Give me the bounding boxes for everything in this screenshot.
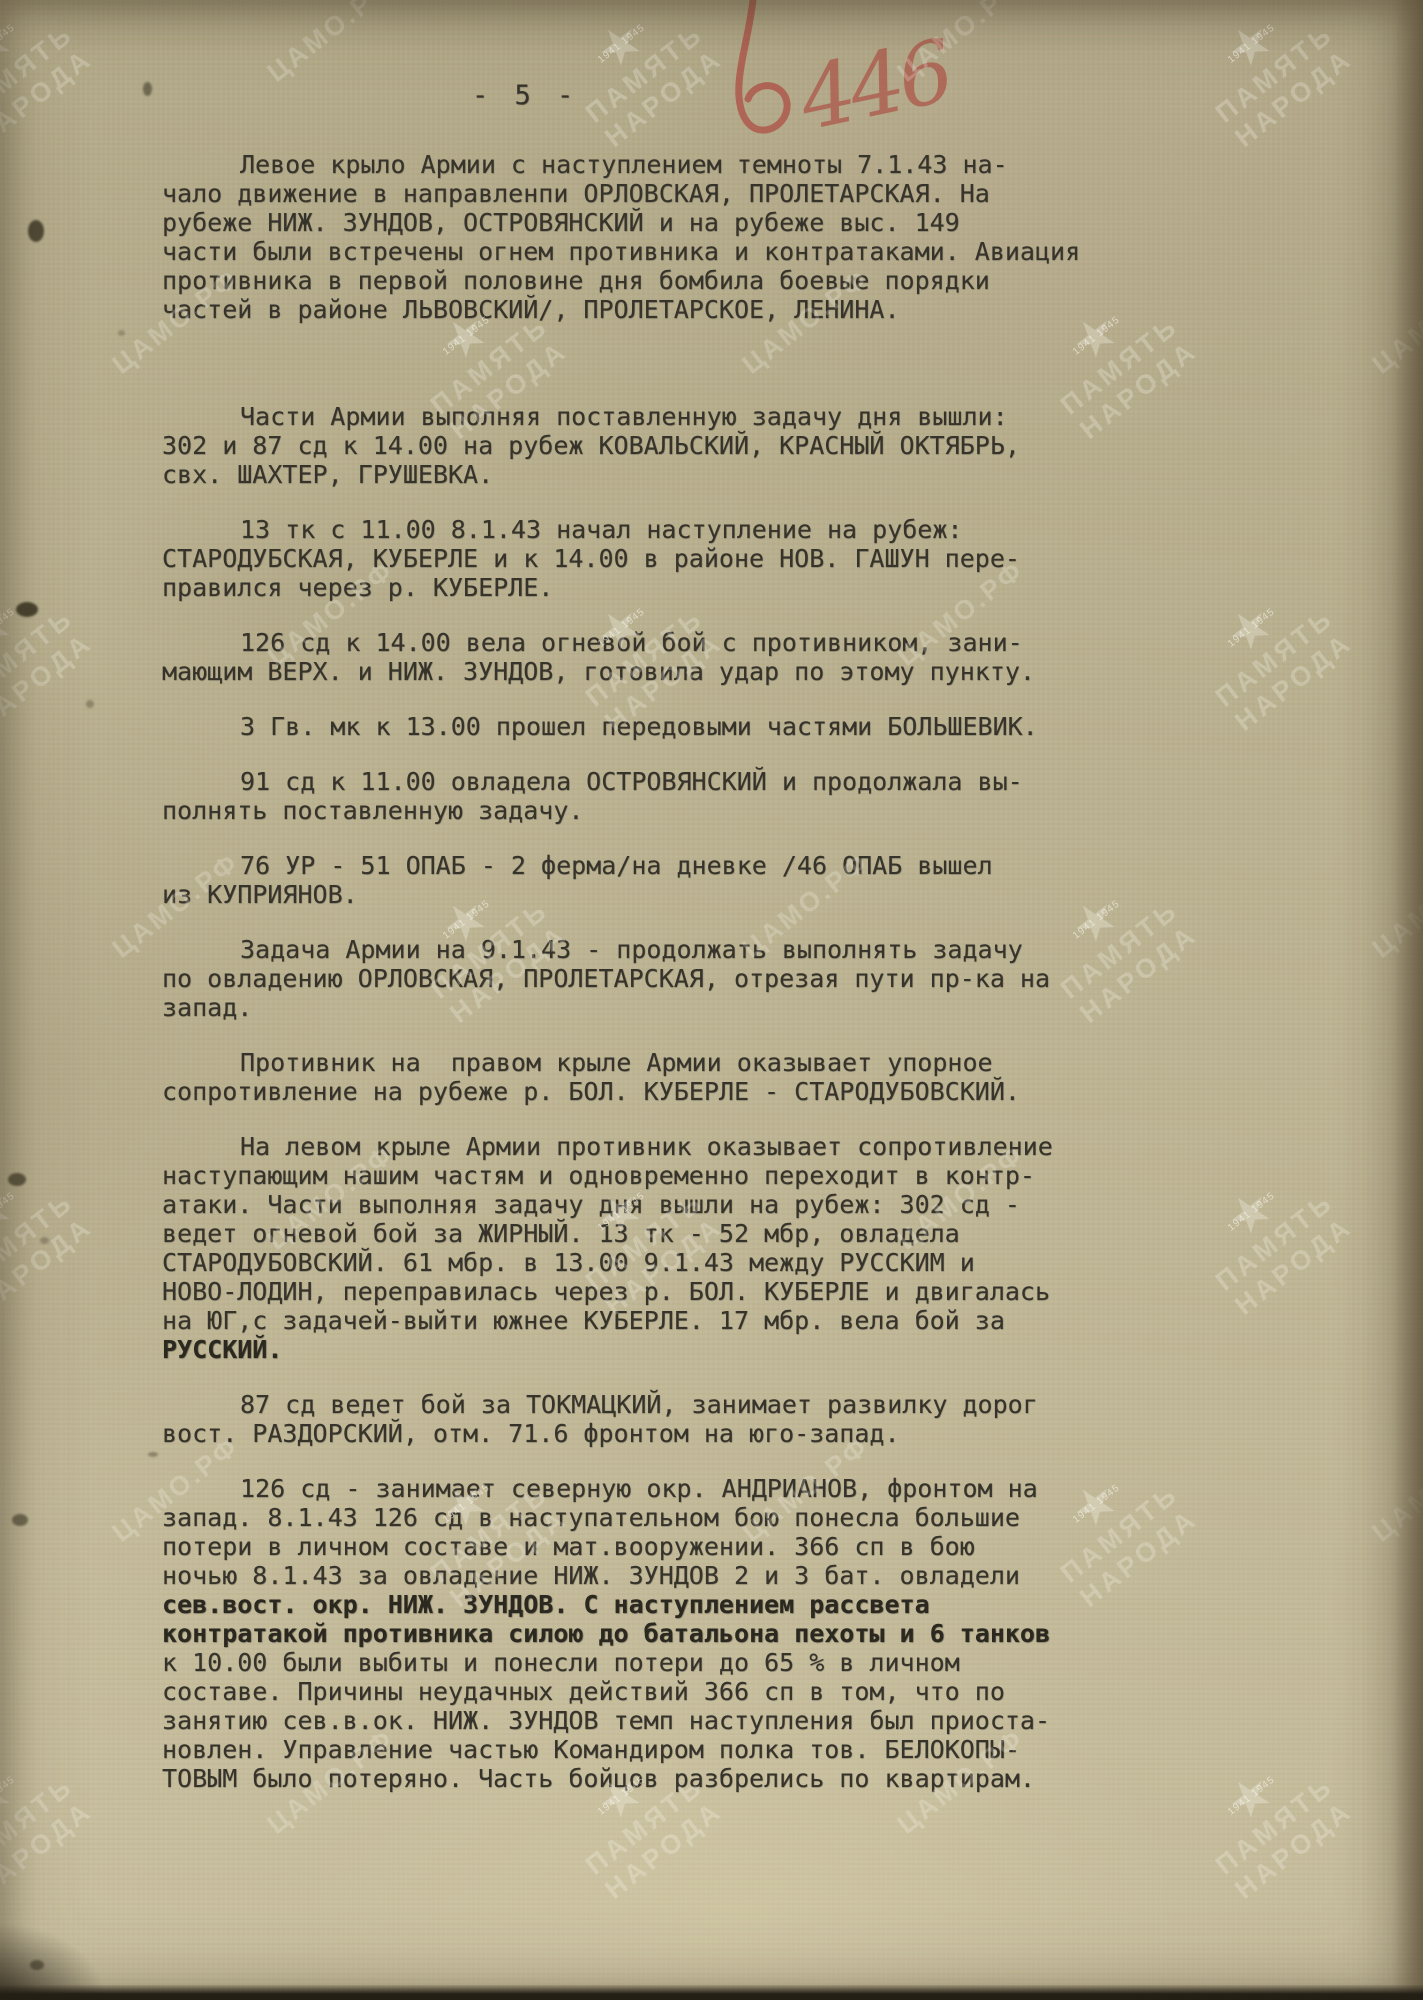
typewritten-line: к 10.00 были выбиты и понесли потери до …	[162, 1648, 1090, 1677]
typewritten-line: из КУПРИЯНОВ.	[162, 880, 1090, 909]
typewritten-line: вост. РАЗДОРСКИЙ, отм. 71.6 фронтом на ю…	[162, 1419, 1090, 1448]
star-icon: ★1941 1945	[1182, 1734, 1321, 1857]
paragraph: Задача Армии на 9.1.43 - продолжать выпо…	[162, 935, 1090, 1022]
paper-stain	[40, 1237, 49, 1244]
watermark-years: 1941 1945	[1215, 1761, 1288, 1832]
watermark-word: ПАМЯТЬ	[1210, 1770, 1340, 1881]
typewritten-line: свх. ШАХТЕР, ГРУШЕВКА.	[162, 460, 1090, 489]
watermark-years: 1941 1945	[0, 1761, 28, 1832]
typewritten-line: 87 сд ведет бой за ТОКМАЦКИЙ, занимает р…	[162, 1390, 1090, 1419]
typewritten-line: частей в районе ЛЬВОВСКИЙ/, ПРОЛЕТАРСКОЕ…	[162, 295, 1090, 324]
tsamo-watermark: ЦАМО.РФ	[1367, 1431, 1423, 1549]
watermark-word: ПАМЯТЬ	[0, 602, 80, 713]
paragraph: 126 сд - занимает северную окр. АНДРИАНО…	[162, 1474, 1090, 1793]
watermark-word: ПАМЯТЬ	[1210, 18, 1340, 129]
star-icon: ★1941 1945	[1182, 566, 1321, 689]
typewritten-line: НОВО-ЛОДИН, переправилась через р. БОЛ. …	[162, 1277, 1090, 1306]
watermark-word: НАРОДА	[1229, 1795, 1359, 1906]
typewritten-line: запад.	[162, 993, 1090, 1022]
watermark-years: 1941 1945	[1215, 593, 1288, 664]
paragraph: На левом крыле Армии противник оказывает…	[162, 1132, 1090, 1364]
watermark-word: НАРОДА	[1229, 1211, 1359, 1322]
watermark-word: НАРОДА	[0, 43, 99, 154]
paper-stain	[86, 700, 94, 708]
typewritten-line: 126 сд - занимает северную окр. АНДРИАНО…	[162, 1474, 1090, 1503]
paragraph: 76 УР - 51 ОПАБ - 2 ферма/на дневке /46 …	[162, 851, 1090, 909]
watermark-word: НАРОДА	[0, 1211, 99, 1322]
paragraph: 91 сд к 11.00 овладела ОСТРОВЯНСКИЙ и пр…	[162, 767, 1090, 825]
typewritten-line: правился через р. КУБЕРЛЕ.	[162, 573, 1090, 602]
typewritten-line: чало движение в направленпи ОРЛОВСКАЯ, П…	[162, 179, 1090, 208]
paragraph: 126 сд к 14.00 вела огневой бой с против…	[162, 628, 1090, 686]
pamyat-naroda-watermark: ★1941 1945ПАМЯТЬНАРОДА	[0, 0, 99, 154]
watermark-years: 1941 1945	[1215, 9, 1288, 80]
star-icon: ★1941 1945	[1182, 1150, 1321, 1273]
paper-stain	[143, 82, 152, 96]
paper-stain	[8, 1173, 26, 1186]
text-body: Левое крыло Армии с наступлением темноты…	[162, 150, 1090, 1819]
typewritten-line: СТАРОДУБСКАЯ, КУБЕРЛЕ и к 14.00 в районе…	[162, 544, 1090, 573]
star-icon: ★1941 1945	[0, 566, 61, 689]
typewritten-line: Задача Армии на 9.1.43 - продолжать выпо…	[162, 935, 1090, 964]
star-icon: ★1941 1945	[0, 1734, 61, 1857]
typewritten-line: полнять поставленную задачу.	[162, 796, 1090, 825]
watermark-years: 1941 1945	[0, 593, 28, 664]
watermark-word: НАРОДА	[0, 627, 99, 738]
typewritten-line: сев.вост. окр. НИЖ. ЗУНДОВ. С наступлени…	[162, 1590, 1090, 1619]
watermark-word: ПАМЯТЬ	[580, 18, 710, 129]
pamyat-naroda-watermark: ★1941 1945ПАМЯТЬНАРОДА	[0, 566, 99, 738]
pamyat-naroda-watermark: ★1941 1945ПАМЯТЬНАРОДА	[1182, 1150, 1359, 1322]
watermark-word: ПАМЯТЬ	[1210, 602, 1340, 713]
star-icon: ★1941 1945	[0, 0, 61, 105]
typewritten-line: 91 сд к 11.00 овладела ОСТРОВЯНСКИЙ и пр…	[162, 767, 1090, 796]
watermark-years: 1941 1945	[585, 9, 658, 80]
typewritten-line: мающим ВЕРХ. и НИЖ. ЗУНДОВ, готовила уда…	[162, 657, 1090, 686]
paper-stain	[12, 1514, 28, 1526]
watermark-word: ПАМЯТЬ	[0, 18, 80, 129]
paper-stain	[16, 602, 38, 617]
typewritten-line: 126 сд к 14.00 вела огневой бой с против…	[162, 628, 1090, 657]
typewritten-line: ТОВЫМ было потеряно. Часть бойцов разбре…	[162, 1764, 1090, 1793]
paragraph: 87 сд ведет бой за ТОКМАЦКИЙ, занимает р…	[162, 1390, 1090, 1448]
typewritten-line: СТАРОДУБОВСКИЙ. 61 мбр. в 13.00 9.1.43 м…	[162, 1248, 1090, 1277]
typewritten-line: части были встречены огнем противника и …	[162, 237, 1090, 266]
watermark-word: НАРОДА	[1074, 919, 1204, 1030]
pamyat-naroda-watermark: ★1941 1945ПАМЯТЬНАРОДА	[0, 1150, 99, 1322]
paper-stain	[28, 220, 44, 242]
pamyat-naroda-watermark: ★1941 1945ПАМЯТЬНАРОДА	[1182, 1734, 1359, 1906]
watermark-word: ПАМЯТЬ	[0, 1186, 80, 1297]
paper-stain	[148, 1452, 158, 1457]
page-right-edge-shadow	[1393, 0, 1423, 2000]
typewritten-line: занятию сев.в.ок. НИЖ. ЗУНДОВ темп насту…	[162, 1706, 1090, 1735]
handwritten-number: 446	[791, 22, 958, 151]
paragraph: Части Армии выполняя поставленную задачу…	[162, 402, 1090, 489]
typewritten-line: противника в первой половине дня бомбила…	[162, 266, 1090, 295]
watermark-word: НАРОДА	[1229, 627, 1359, 738]
watermark-word: НАРОДА	[1074, 1503, 1204, 1614]
typewritten-line: 302 и 87 сд к 14.00 на рубеж КОВАЛЬСКИЙ,…	[162, 431, 1090, 460]
typewritten-line: новлен. Управление частью Командиром пол…	[162, 1735, 1090, 1764]
typewritten-line: запад. 8.1.43 126 сд в наступательном бо…	[162, 1503, 1090, 1532]
watermark-years: 1941 1945	[0, 1177, 28, 1248]
pamyat-naroda-watermark: ★1941 1945ПАМЯТЬНАРОДА	[552, 0, 729, 154]
typewritten-line: по овладению ОРЛОВСКАЯ, ПРОЛЕТАРСКАЯ, от…	[162, 964, 1090, 993]
tsamo-watermark: ЦАМО.РФ	[1367, 847, 1423, 965]
typewritten-line: контратакой противника силою до батальон…	[162, 1619, 1090, 1648]
typewritten-line: наступающим нашим частям и одновременно …	[162, 1161, 1090, 1190]
typewritten-line: ведет огневой бой за ЖИРНЫЙ. 13 тк - 52 …	[162, 1219, 1090, 1248]
tsamo-watermark: ЦАМО.РФ	[1367, 263, 1423, 381]
star-icon: ★1941 1945	[0, 1150, 61, 1273]
watermark-word: НАРОДА	[1229, 43, 1359, 154]
typewritten-line: 76 УР - 51 ОПАБ - 2 ферма/на дневке /46 …	[162, 851, 1090, 880]
page-number: - 5 -	[472, 80, 578, 111]
typewritten-line: Левое крыло Армии с наступлением темноты…	[162, 150, 1090, 179]
typewritten-line: ночью 8.1.43 за овладение НИЖ. ЗУНДОВ 2 …	[162, 1561, 1090, 1590]
paragraph: Левое крыло Армии с наступлением темноты…	[162, 150, 1090, 324]
watermark-word: НАРОДА	[0, 1795, 99, 1906]
typewritten-line: сопротивление на рубеже р. БОЛ. КУБЕРЛЕ …	[162, 1077, 1090, 1106]
typewritten-line: атаки. Части выполняя задачу дня вышли н…	[162, 1190, 1090, 1219]
scan-bottom-edge	[0, 1985, 1423, 2000]
paragraph: 3 Гв. мк к 13.00 прошел передовыми частя…	[162, 712, 1090, 741]
typewritten-line: 13 тк с 11.00 8.1.43 начал наступление н…	[162, 515, 1090, 544]
pamyat-naroda-watermark: ★1941 1945ПАМЯТЬНАРОДА	[0, 1734, 99, 1906]
pamyat-naroda-watermark: ★1941 1945ПАМЯТЬНАРОДА	[1182, 566, 1359, 738]
star-icon: ★1941 1945	[1182, 0, 1321, 105]
paper-stain	[30, 1960, 44, 1970]
watermark-word: ПАМЯТЬ	[1210, 1186, 1340, 1297]
typewritten-line: На левом крыле Армии противник оказывает…	[162, 1132, 1090, 1161]
paragraph: Противник на правом крыле Армии оказывае…	[162, 1048, 1090, 1106]
document-page: - 5 - 446 Левое крыло Армии с наступлени…	[0, 0, 1423, 2000]
typewritten-line: Противник на правом крыле Армии оказывае…	[162, 1048, 1090, 1077]
watermark-word: НАРОДА	[599, 43, 729, 154]
bottom-left-corner-shadow	[0, 1920, 110, 2000]
paragraph: 13 тк с 11.00 8.1.43 начал наступление н…	[162, 515, 1090, 602]
typewritten-line: РУССКИЙ.	[162, 1335, 1090, 1364]
typewritten-line: рубеже НИЖ. ЗУНДОВ, ОСТРОВЯНСКИЙ и на ру…	[162, 208, 1090, 237]
typewritten-line: на ЮГ,с задачей-выйти южнее КУБЕРЛЕ. 17 …	[162, 1306, 1090, 1335]
typewritten-line: 3 Гв. мк к 13.00 прошел передовыми частя…	[162, 712, 1090, 741]
typewritten-line: Части Армии выполняя поставленную задачу…	[162, 402, 1090, 431]
watermark-word: НАРОДА	[1074, 335, 1204, 446]
pamyat-naroda-watermark: ★1941 1945ПАМЯТЬНАРОДА	[1182, 0, 1359, 154]
watermark-years: 1941 1945	[1215, 1177, 1288, 1248]
paper-stain	[118, 330, 125, 336]
tsamo-watermark: ЦАМО.РФ	[262, 0, 401, 88]
watermark-years: 1941 1945	[0, 9, 28, 80]
typewritten-line: составе. Причины неудачных действий 366 …	[162, 1677, 1090, 1706]
watermark-word: ПАМЯТЬ	[0, 1770, 80, 1881]
typewritten-line: потери в личном составе и мат.вооружении…	[162, 1532, 1090, 1561]
